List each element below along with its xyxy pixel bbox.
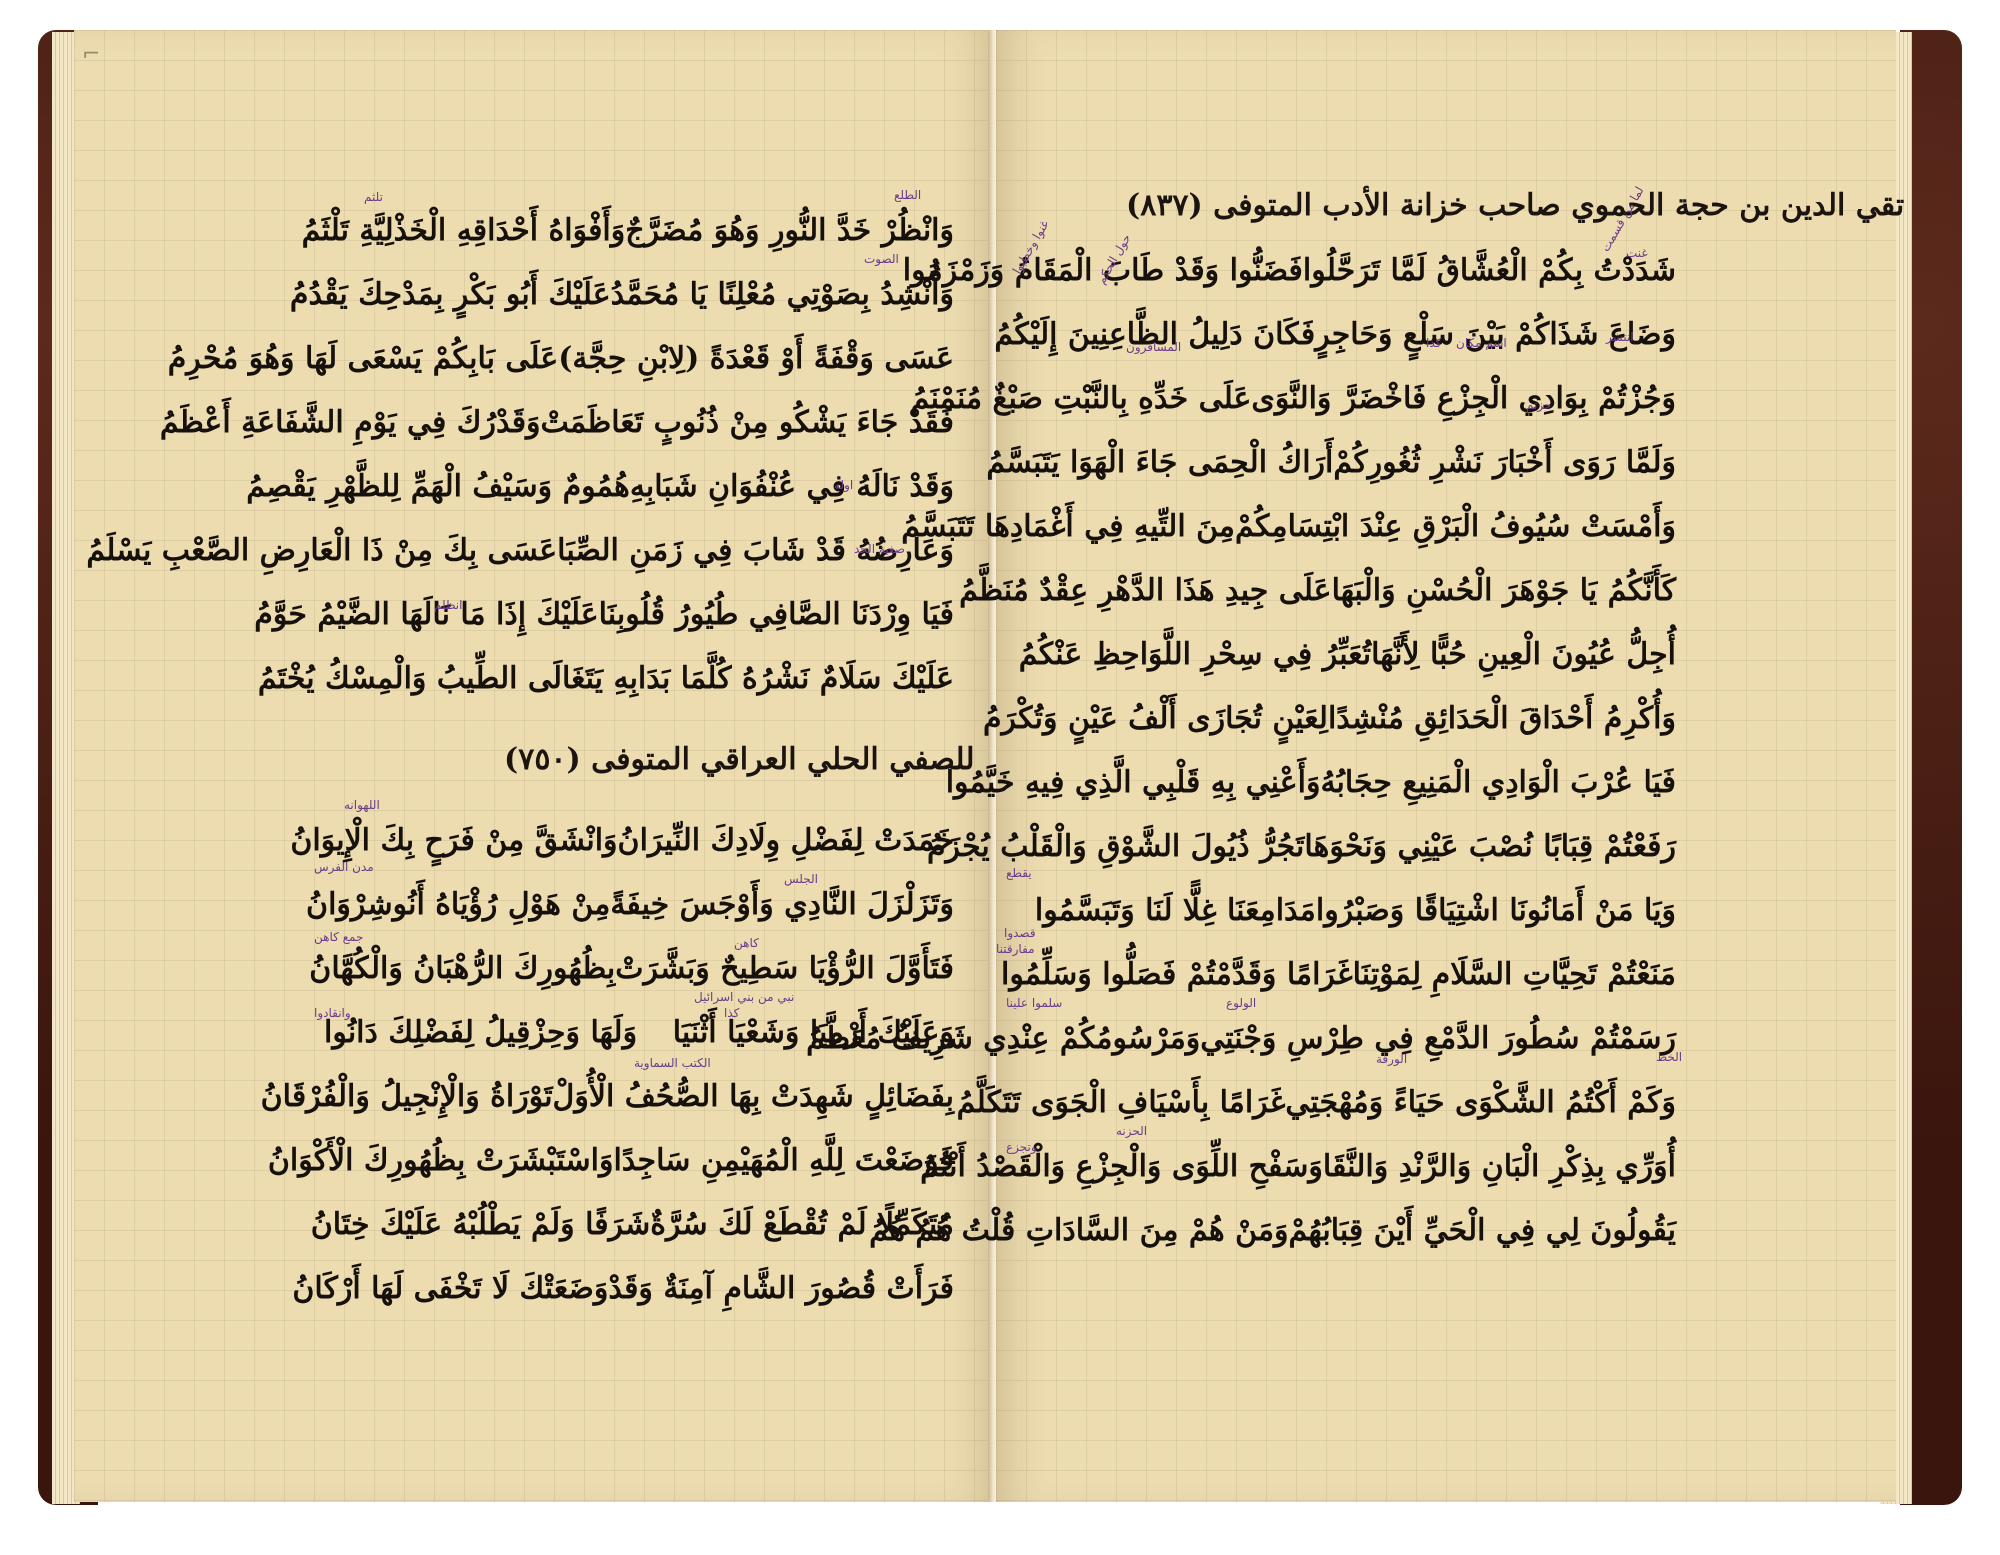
margin-note: حزتم <box>1526 398 1551 412</box>
verse-right: شَدَدْتُ بِكُمْ الْعُشَّاقُ لَمَّا تَرَح… <box>1303 253 1676 288</box>
verse-right: يَقُولُونَ لِي فِي الْحَيِّ أَيْنَ قِبَا… <box>1289 1213 1676 1248</box>
verse: وَجُزْتُمْ بِوَادِي الْجِزْعِ فَاخْضَرَّ… <box>1046 366 1676 430</box>
verse-left: مِنَ التِّيهِ فِي أَغْمَادِهَا تَتَبَسَّ… <box>901 509 1235 544</box>
verse-right: كَأَنَّكُمُ يَا جَوْهَرَ الْحُسْنِ وَالْ… <box>1332 573 1676 608</box>
verse-left: وَمَنْ هُمْ مِنَ السَّادَاتِ قُلْتُ هُمُ… <box>869 1213 1288 1248</box>
verse-left: مَدَامِعَنَا غِلًّا لَنَا وَتَبَسَّمُوا <box>1035 893 1316 928</box>
margin-note: مدن الفرس <box>314 860 374 874</box>
verse: وَيَا مَنْ أَمَانُونَا اشْتِيَاقًا وَصَب… <box>1046 878 1676 942</box>
verse-left: عَلَيْكَ أَبُو بَكْرٍ بِمَدْحِكَ يَقْدُم… <box>290 277 611 312</box>
verse: شَدَدْتُ بِكُمْ الْعُشَّاقُ لَمَّا تَرَح… <box>1046 238 1676 302</box>
margin-note: تلثم <box>364 190 383 204</box>
verse: وَقَدْ نَالَهُ فِي عُنْفُوَانِ شَبَابِهِ… <box>324 454 954 518</box>
verse-left: وَلَهَا وَحِزْقِيلُ لِفَضْلِكَ دَانُوا <box>324 1015 637 1050</box>
verse-left: وَانْشَقَّ مِنْ فَرَحٍ بِكَ الْإِيوَانُ <box>290 823 617 858</box>
verse-left: عَلَى خَدِّهِ بِالنَّبْتِ صَبْغٌ مُنَمْن… <box>911 381 1252 416</box>
verse: فَيَا وِرْدَنَا الصَّافِي طُيُورُ قُلُوب… <box>324 582 954 646</box>
verse-right: فَتَأَوَّلَ الرُّؤْيَا سَطِيحٌ وَبَشَّرَ… <box>615 951 954 986</box>
verse-right: فَقَدْ جَاءَ يَشْكُو مِنْ ذُنُوبٍ تَعَاظ… <box>541 405 954 440</box>
verse: أُجِلُّ عُيُونَ الْعِينِ حُبًّا لِأَنَّه… <box>1046 622 1676 686</box>
verse-left: عَلَى بَابِكُمْ يَسْعَى لَهَا وَهُوَ مُح… <box>168 341 559 376</box>
verse-right: فَيَا وِرْدَنَا الصَّافِي طُيُورُ قُلُوب… <box>599 597 954 632</box>
margin-note: الخط <box>1656 1050 1682 1064</box>
verse-right: وَيَا مَنْ أَمَانُونَا اشْتِيَاقًا وَصَب… <box>1316 893 1676 928</box>
verse: فَيَا عُرْبَ الْوَادِي الْمَنِيعِ حِجَاب… <box>1046 750 1676 814</box>
verse-right: أُوَرِّي بِذِكْرِ الْبَانِ وَالرَّنْدِ و… <box>1323 1149 1676 1184</box>
margin-note: جمع كاهن <box>314 930 363 944</box>
verse-right: أُجِلُّ عُيُونَ الْعِينِ حُبًّا لِأَنَّه… <box>1371 637 1676 672</box>
verse-right: وَجُزْتُمْ بِوَادِي الْجِزْعِ فَاخْضَرَّ… <box>1251 381 1676 416</box>
margin-note: يقطع <box>1006 866 1032 880</box>
verse: رَفَعْتُمْ قِبَابًا نُصْبَ عَيْنِي وَنَح… <box>1046 814 1676 878</box>
margin-note: اسم مكان <box>1456 336 1507 350</box>
verse-right: رَفَعْتُمْ قِبَابًا نُصْبَ عَيْنِي وَنَح… <box>1304 829 1676 864</box>
margin-note: الولوع <box>1226 996 1256 1010</box>
verse: وَضَاعَ شَذَاكُمْ بَيْنَ سَلْعٍ وَحَاجِر… <box>1046 302 1676 366</box>
verse-right: وَقَدْ نَالَهُ فِي عُنْفُوَانِ شَبَابِهِ <box>630 469 954 504</box>
verse-left: هُمُومٌ وَسَيْفُ الْهَمِّ لِلظَّهْرِ يَق… <box>246 469 630 504</box>
margin-note: انتشر <box>1606 330 1634 344</box>
right-page: تقي الدين بن حجة الحموي صاحب خزانة الأدب… <box>996 30 1896 1502</box>
verse-right: وَكَمْ أَكْتُمُ الشَّكْوَى حَيَاءً وَمُه… <box>1285 1085 1676 1120</box>
margin-note: انظلم <box>434 598 462 612</box>
left-page-verses-section-1: وَانْظُرْ خَدَّ النُّورِ وَهُوَ مُضَرَّج… <box>324 198 954 710</box>
margin-note: صغية الحد <box>854 542 905 556</box>
verse-right: وَتَزَلْزَلَ النَّادِي وَأَوْجَسَ خِيفَة… <box>610 887 954 922</box>
verse: وَانْظُرْ خَدَّ النُّورِ وَهُوَ مُضَرَّج… <box>324 198 954 262</box>
verse-right: رَسَمْتُمْ سُطُورَ الدَّمْعِ فِي طِرْسِ … <box>1200 1021 1676 1056</box>
verse-left: عَلَيْكَ إِذَا مَا نَالَهَا الضَّيْمُ حَ… <box>254 597 598 632</box>
verse-left: تُعَبِّرُ فِي سِحْرِ اللَّوَاحِظِ عَنْكُ… <box>1019 637 1371 672</box>
margin-note: غنت <box>1626 246 1648 260</box>
margin-note: مفارقتنا <box>996 942 1035 956</box>
verse: مَنَعْتُمْ تَحِيَّاتِ السَّلَامِ لِمَوْت… <box>1046 942 1676 1006</box>
verse-left: بِظُهُورِكَ الرُّهْبَانُ وَالْكُهَّانُ <box>309 951 615 986</box>
verse-right: وَلَمَّا رَوَى أَخْبَارَ نَشْرِ ثُغُورِك… <box>1333 445 1676 480</box>
verse: فَرَأَتْ قُصُورَ الشَّامِ آمِنَةٌ وَقَدْ… <box>324 1256 954 1320</box>
margin-note: اوله <box>834 478 853 492</box>
verse: وَأَمْسَتْ سُيُوفُ الْبَرْقِ عِنْدَ ابْت… <box>1046 494 1676 558</box>
verse-left: شَرَفًا وَلَمْ يَطْلُبْهُ عَلَيْكَ خِتَا… <box>311 1207 651 1242</box>
section-heading-ibn-hijja: تقي الدين بن حجة الحموي صاحب خزانة الأدب… <box>1126 188 1904 223</box>
corner-fold: ⌐ <box>82 42 100 67</box>
verse: فَتَأَوَّلَ الرُّؤْيَا سَطِيحٌ وَبَشَّرَ… <box>324 936 954 1000</box>
verse-left: وَأَعْنِي بِهِ قَلْبِي الَّذِي فِيهِ خَي… <box>946 765 1321 800</box>
margin-note: المسافرون <box>1126 340 1181 354</box>
verse-left: أَرَاكُ الْحِمَى جَاءَ الْهَوَا يَتَبَسَ… <box>986 445 1333 480</box>
verse-right: فَرَأَتْ قُصُورَ الشَّامِ آمِنَةٌ وَقَدْ <box>608 1271 954 1306</box>
verse-left: وَأَفْوَاهُ أَحْدَاقِهِ الْخَذْلِيَّةِ ت… <box>302 213 626 248</box>
margin-note: كذا <box>1426 336 1441 350</box>
verse: فَقَدْ جَاءَ يَشْكُو مِنْ ذُنُوبٍ تَعَاظ… <box>324 390 954 454</box>
verse-left: تَوْرَاةُ وَالْإِنْجِيلُ وَالْفُرْقَانُ <box>261 1079 553 1114</box>
verse: بِفَضَائِلٍ شَهِدَتْ بِهَا الصُّحُفُ الْ… <box>324 1064 954 1128</box>
margin-note: الطلع <box>894 188 921 202</box>
verse-right: وَأَمْسَتْ سُيُوفُ الْبَرْقِ عِنْدَ ابْت… <box>1235 509 1676 544</box>
verse-left: وَمَرْسُومُكُمْ عِنْدِي شَرِيفٌ مُعَظَّم… <box>806 1021 1200 1056</box>
verse-right: عَلَيْكَ سَلَامٌ نَشْرُهُ كُلَّمَا بَدَا <box>638 661 954 696</box>
verse-left: غَرَامًا وَقَدَّمْتُمْ فَصَلُّوا وَسَلِّ… <box>1001 957 1353 992</box>
verse: وَأُنْشِدُ بِصَوْتِي مُعْلِنًا يَا مُحَم… <box>324 262 954 326</box>
verse-right: مَنَعْتُمْ تَحِيَّاتِ السَّلَامِ لِمَوْت… <box>1353 957 1676 992</box>
verse-right: عَسَى وَقْفَةً أَوْ قَعْدَةً (لِابْنِ حِ… <box>558 341 954 376</box>
verse: فَوَضَعْتَ لِلَّهِ الْمُهَيْمِنِ سَاجِدً… <box>324 1128 954 1192</box>
margin-note: وتجزع <box>1006 1140 1037 1154</box>
margin-note: الحزنه <box>1116 1124 1147 1138</box>
section-heading-safi-al-hilli: للصفي الحلي العراقي المتوفى (٧٥٠) <box>504 742 974 777</box>
verse: كَأَنَّكُمُ يَا جَوْهَرَ الْحُسْنِ وَالْ… <box>1046 558 1676 622</box>
verse-left: بِهِ يَتَغَالَى الطِّيبُ وَالْمِسْكُ يُخ… <box>258 661 638 696</box>
verse-left: غَرَامًا بِأَسْيَافِ الْجَوَى تَتَكَلَّم… <box>957 1085 1286 1120</box>
verse-right: فَيَا عُرْبَ الْوَادِي الْمَنِيعِ حِجَاب… <box>1320 765 1676 800</box>
right-page-verses: شَدَدْتُ بِكُمْ الْعُشَّاقُ لَمَّا تَرَح… <box>1046 238 1676 1262</box>
margin-note: الكتب السماوية <box>634 1056 711 1070</box>
verse-left: مِنْ هَوْلِ رُؤْيَاهُ أَنُوشِرْوَانُ <box>306 887 610 922</box>
verse: مُتَكَمِّلًا لَمْ تُقْطَعْ لَكَ سُرَّةٌش… <box>324 1192 954 1256</box>
verse-left: تَجُرُّ ذُيُولَ الشَّوْقِ وَالْقَلْبُ يُ… <box>927 829 1304 864</box>
verse-left: وَقَدْرُكَ فِي يَوْمِ الشَّفَاعَةِ أَعْظ… <box>160 405 541 440</box>
verse: خَمَدَتْ لِفَضْلِ وِلَادِكَ النِّيرَانُو… <box>324 808 954 872</box>
verse-right: وَأُكْرِمُ أَحْدَاقَ الْحَدَائِقِ مُنْشِ… <box>1328 701 1676 736</box>
verse-right: فَوَضَعْتَ لِلَّهِ الْمُهَيْمِنِ سَاجِدً… <box>613 1143 954 1178</box>
verse-left: وَسَفْحِ اللِّوَى وَالْجِزْعِ وَالْقَصْد… <box>920 1149 1323 1184</box>
verse-left: عَلَى جِيدِ هَذَا الدَّهْرِ عِقْدٌ مُنَظ… <box>959 573 1331 608</box>
verse-right: وَانْظُرْ خَدَّ النُّورِ وَهُوَ مُضَرَّج… <box>625 213 954 248</box>
margin-note: وانقادوا <box>314 1006 351 1020</box>
verse: وَتَزَلْزَلَ النَّادِي وَأَوْجَسَ خِيفَة… <box>324 872 954 936</box>
left-page: ⌐ وَانْظُرْ خَدَّ النُّورِ وَهُوَ مُضَرَ… <box>74 30 994 1502</box>
verse: وَلَمَّا رَوَى أَخْبَارَ نَشْرِ ثُغُورِك… <box>1046 430 1676 494</box>
verse: وَأُكْرِمُ أَحْدَاقَ الْحَدَائِقِ مُنْشِ… <box>1046 686 1676 750</box>
verse-right: بِفَضَائِلٍ شَهِدَتْ بِهَا الصُّحُفُ الْ… <box>553 1079 954 1114</box>
margin-note: قصدوا <box>1004 926 1036 940</box>
verse-left: وَاسْتَبْشَرَتْ بِظُهُورِكَ الْأَكْوَانُ <box>268 1143 614 1178</box>
margin-note: اللهوانه <box>344 798 380 812</box>
verse: عَسَى وَقْفَةً أَوْ قَعْدَةً (لِابْنِ حِ… <box>324 326 954 390</box>
verse-left: وَضَعَتْكَ لَا تَخْفَى لَهَا أَرْكَانُ <box>292 1271 608 1306</box>
verse-left: عَسَى بِكَ مِنْ ذَا الْعَارِضِ الصَّعْبِ… <box>86 533 557 568</box>
verse: رَسَمْتُمْ سُطُورَ الدَّمْعِ فِي طِرْسِ … <box>1046 1006 1676 1070</box>
margin-note: كذا <box>724 1006 739 1020</box>
margin-note: سلموا علينا <box>1006 996 1062 1010</box>
verse: يَقُولُونَ لِي فِي الْحَيِّ أَيْنَ قِبَا… <box>1046 1198 1676 1262</box>
verse: عَلَيْكَ سَلَامٌ نَشْرُهُ كُلَّمَا بَدَا… <box>324 646 954 710</box>
margin-note: الجلس <box>784 872 818 886</box>
margin-note: نبي من بني اسرائيل <box>694 990 794 1004</box>
margin-note: كاهن <box>734 936 759 950</box>
verse-left: لِعَيْنٍ تُجَازَى أَلْفُ عَيْنٍ وَتُكْرَ… <box>983 701 1328 736</box>
margin-note: الصوت <box>864 252 899 266</box>
margin-note: الورقة <box>1376 1052 1407 1066</box>
verse: أُوَرِّي بِذِكْرِ الْبَانِ وَالرَّنْدِ و… <box>1046 1134 1676 1198</box>
verse-right: خَمَدَتْ لِفَضْلِ وِلَادِكَ النِّيرَانُ <box>618 823 954 858</box>
